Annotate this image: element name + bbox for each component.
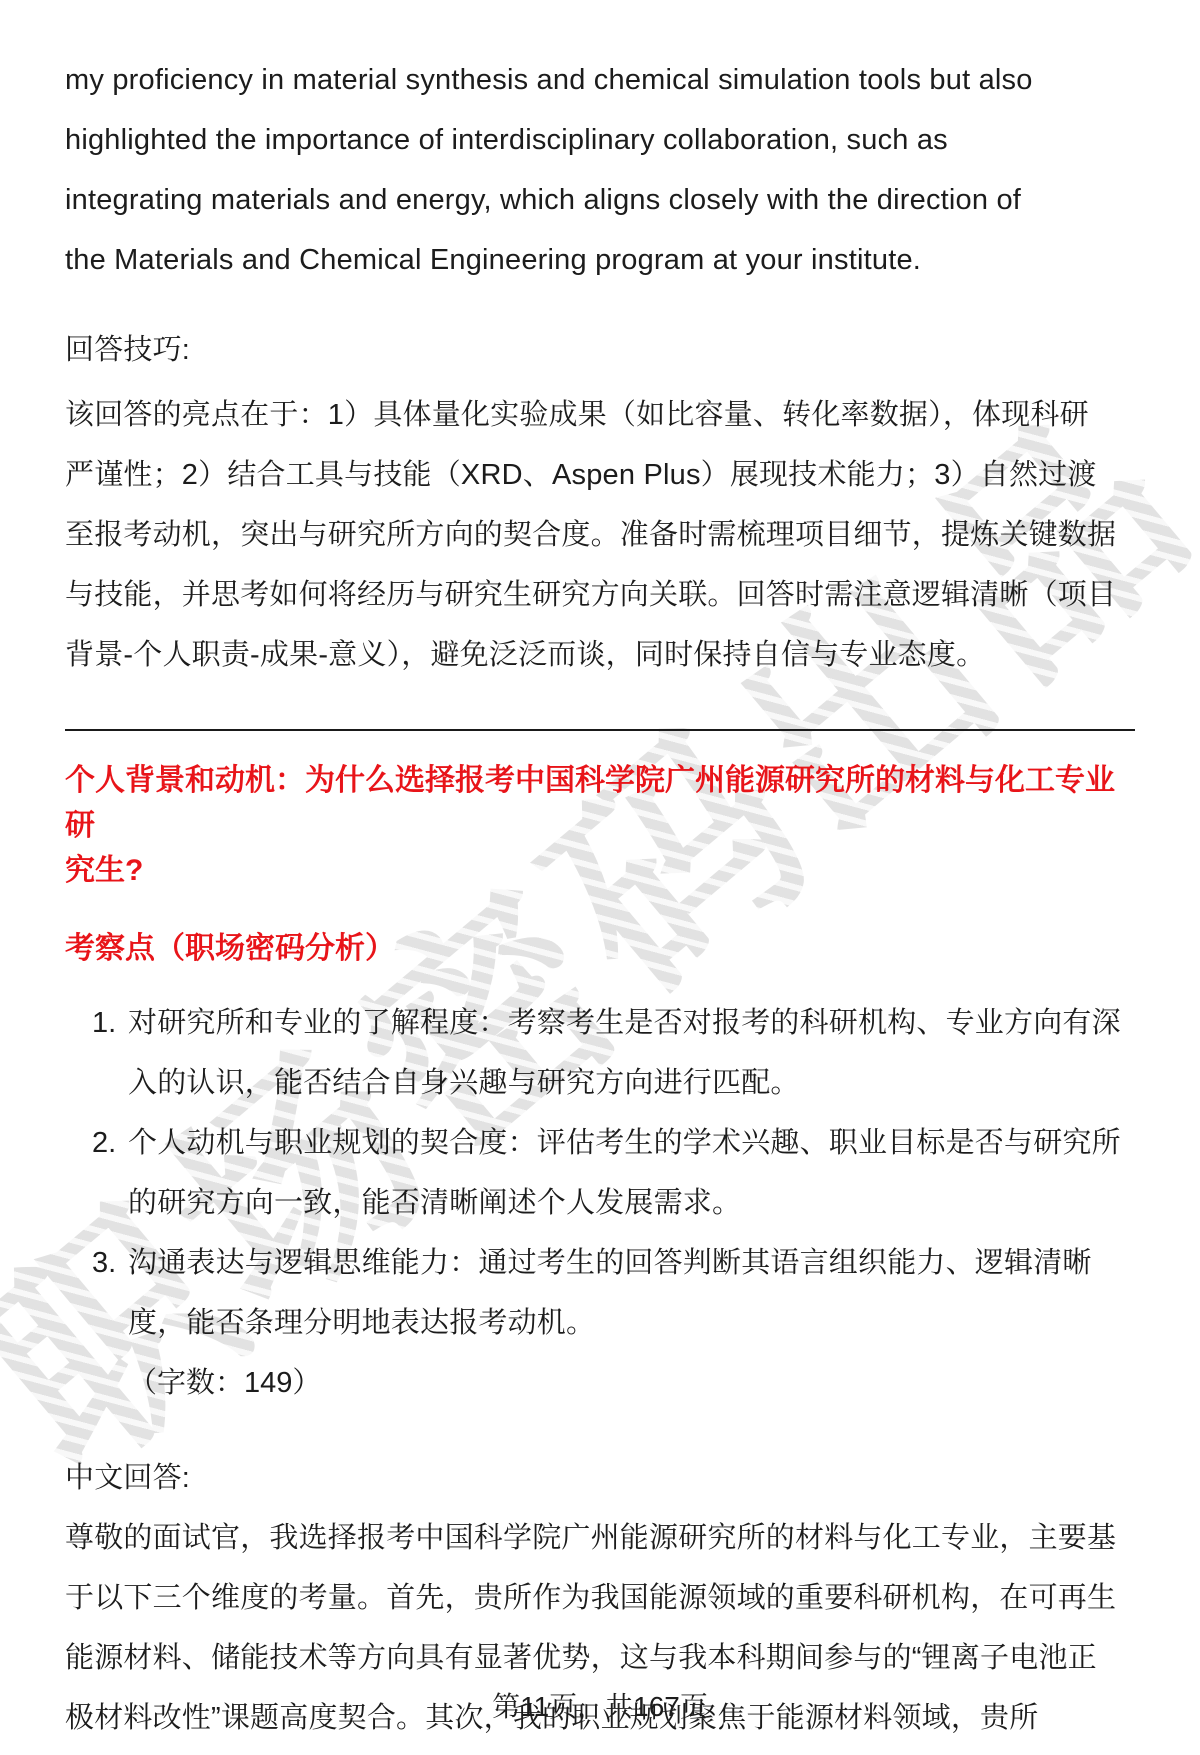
- answer-tips-paragraph: 该回答的亮点在于：1）具体量化实验成果（如比容量、转化率数据），体现科研 严谨性…: [65, 385, 1135, 685]
- document-page: 职场密码出品 my proficiency in material synthe…: [0, 0, 1200, 1755]
- list-item-number: 2.: [65, 1113, 128, 1233]
- list-item-text: 沟通表达与逻辑思维能力：通过考生的回答判断其语言组织能力、逻辑清晰 度，能否条理…: [128, 1233, 1135, 1353]
- inspection-points-heading: 考察点（职场密码分析）: [65, 926, 1135, 971]
- page-footer: 第11页，共167页: [0, 1690, 1200, 1724]
- chinese-answer-label: 中文回答:: [65, 1448, 1135, 1508]
- document-content: my proficiency in material synthesis and…: [0, 50, 1200, 1748]
- english-paragraph: my proficiency in material synthesis and…: [65, 50, 1135, 290]
- question-heading: 个人背景和动机：为什么选择报考中国科学院广州能源研究所的材料与化工专业研 究生?: [65, 758, 1135, 893]
- word-count: （字数：149）: [128, 1353, 1135, 1413]
- list-item-number: 3.: [65, 1233, 128, 1353]
- section-divider: [65, 729, 1135, 731]
- inspection-points-list: 1. 对研究所和专业的了解程度：考察考生是否对报考的科研机构、专业方向有深 入的…: [65, 993, 1135, 1353]
- list-item-text: 对研究所和专业的了解程度：考察考生是否对报考的科研机构、专业方向有深 入的认识，…: [128, 993, 1135, 1113]
- list-item-number: 1.: [65, 993, 128, 1113]
- list-item: 1. 对研究所和专业的了解程度：考察考生是否对报考的科研机构、专业方向有深 入的…: [65, 993, 1135, 1113]
- answer-tips-label: 回答技巧:: [65, 320, 1135, 380]
- list-item-text: 个人动机与职业规划的契合度：评估考生的学术兴趣、职业目标是否与研究所 的研究方向…: [128, 1113, 1135, 1233]
- list-item: 2. 个人动机与职业规划的契合度：评估考生的学术兴趣、职业目标是否与研究所 的研…: [65, 1113, 1135, 1233]
- list-item: 3. 沟通表达与逻辑思维能力：通过考生的回答判断其语言组织能力、逻辑清晰 度，能…: [65, 1233, 1135, 1353]
